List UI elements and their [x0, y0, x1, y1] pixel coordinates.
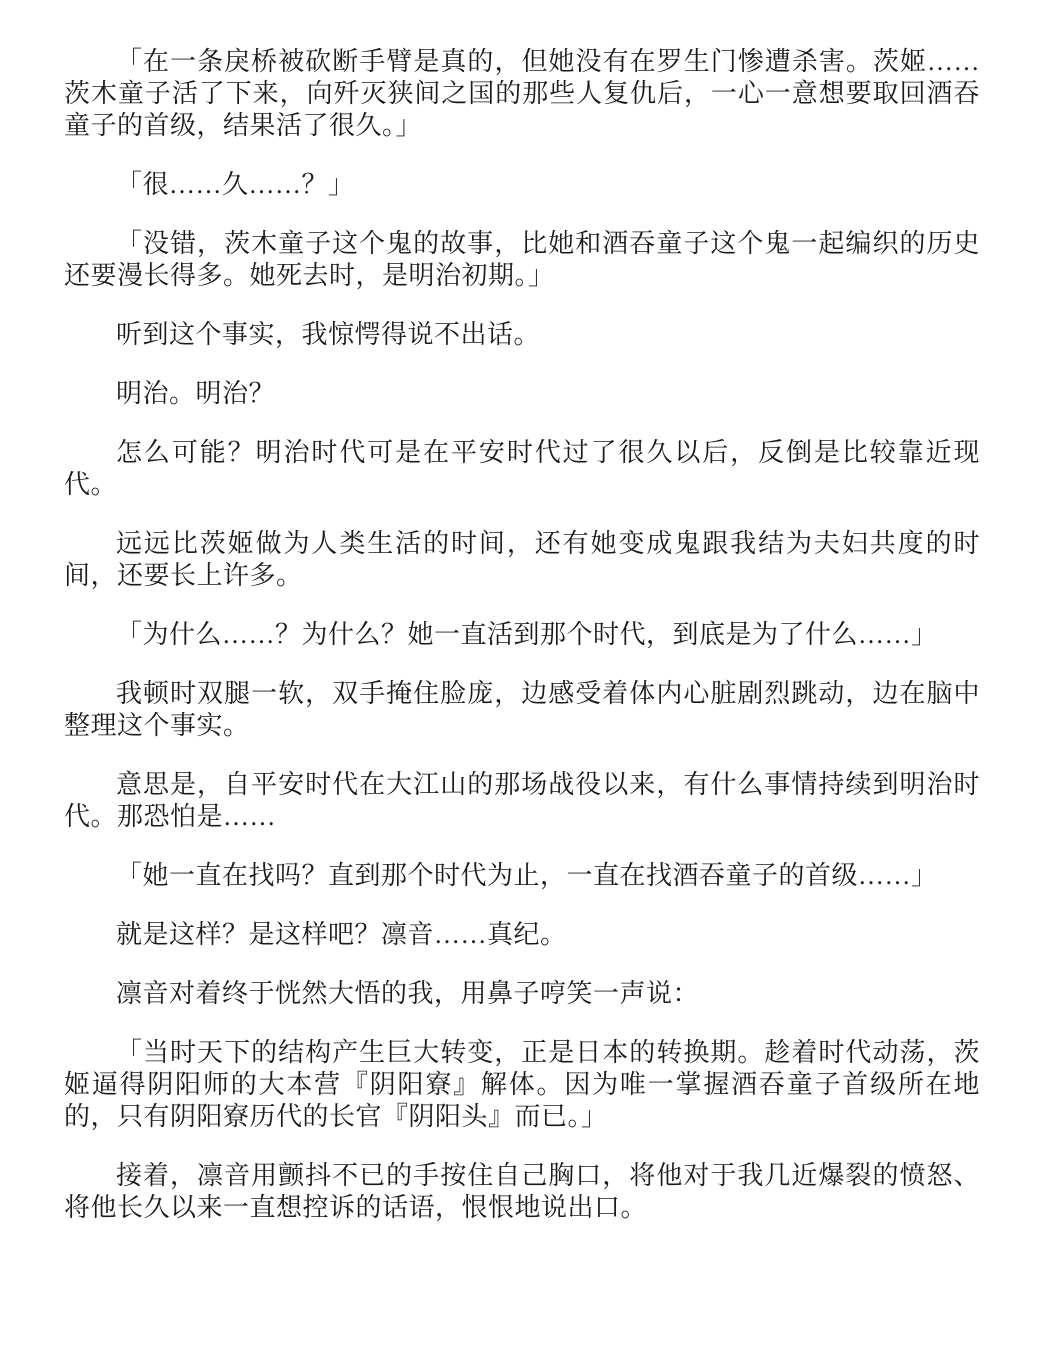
paragraph: 凛音对着终于恍然大悟的我，用鼻子哼笑一声说：: [64, 978, 980, 1010]
paragraph: 「很……久……？」: [64, 169, 980, 201]
paragraph: 我顿时双腿一软，双手掩住脸庞，边感受着体内心脏剧烈跳动，边在脑中整理这个事实。: [64, 678, 980, 742]
novel-page: 「在一条戾桥被砍断手臂是真的，但她没有在罗生门惨遭杀害。茨姬……茨木童子活了下来…: [0, 0, 1046, 1354]
paragraph: 接着，凛音用颤抖不已的手按住自己胸口，将他对于我几近爆裂的愤怒、将他长久以来一直…: [64, 1160, 980, 1224]
paragraph: 「当时天下的结构产生巨大转变，正是日本的转换期。趁着时代动荡，茨姬逼得阴阳师的大…: [64, 1037, 980, 1133]
paragraph: 意思是，自平安时代在大江山的那场战役以来，有什么事情持续到明治时代。那恐怕是……: [64, 769, 980, 833]
paragraph: 明治。明治？: [64, 378, 980, 410]
paragraph: 听到这个事实，我惊愕得说不出话。: [64, 319, 980, 351]
paragraph: 远远比茨姬做为人类生活的时间，还有她变成鬼跟我结为夫妇共度的时间，还要长上许多。: [64, 528, 980, 592]
paragraph: 「没错，茨木童子这个鬼的故事，比她和酒吞童子这个鬼一起编织的历史还要漫长得多。她…: [64, 228, 980, 292]
paragraph: 「她一直在找吗？直到那个时代为止，一直在找酒吞童子的首级……」: [64, 860, 980, 892]
paragraph: 就是这样？是这样吧？凛音……真纪。: [64, 919, 980, 951]
paragraph: 「在一条戾桥被砍断手臂是真的，但她没有在罗生门惨遭杀害。茨姬……茨木童子活了下来…: [64, 46, 980, 142]
paragraph: 怎么可能？明治时代可是在平安时代过了很久以后，反倒是比较靠近现代。: [64, 437, 980, 501]
paragraph: 「为什么……？为什么？她一直活到那个时代，到底是为了什么……」: [64, 619, 980, 651]
